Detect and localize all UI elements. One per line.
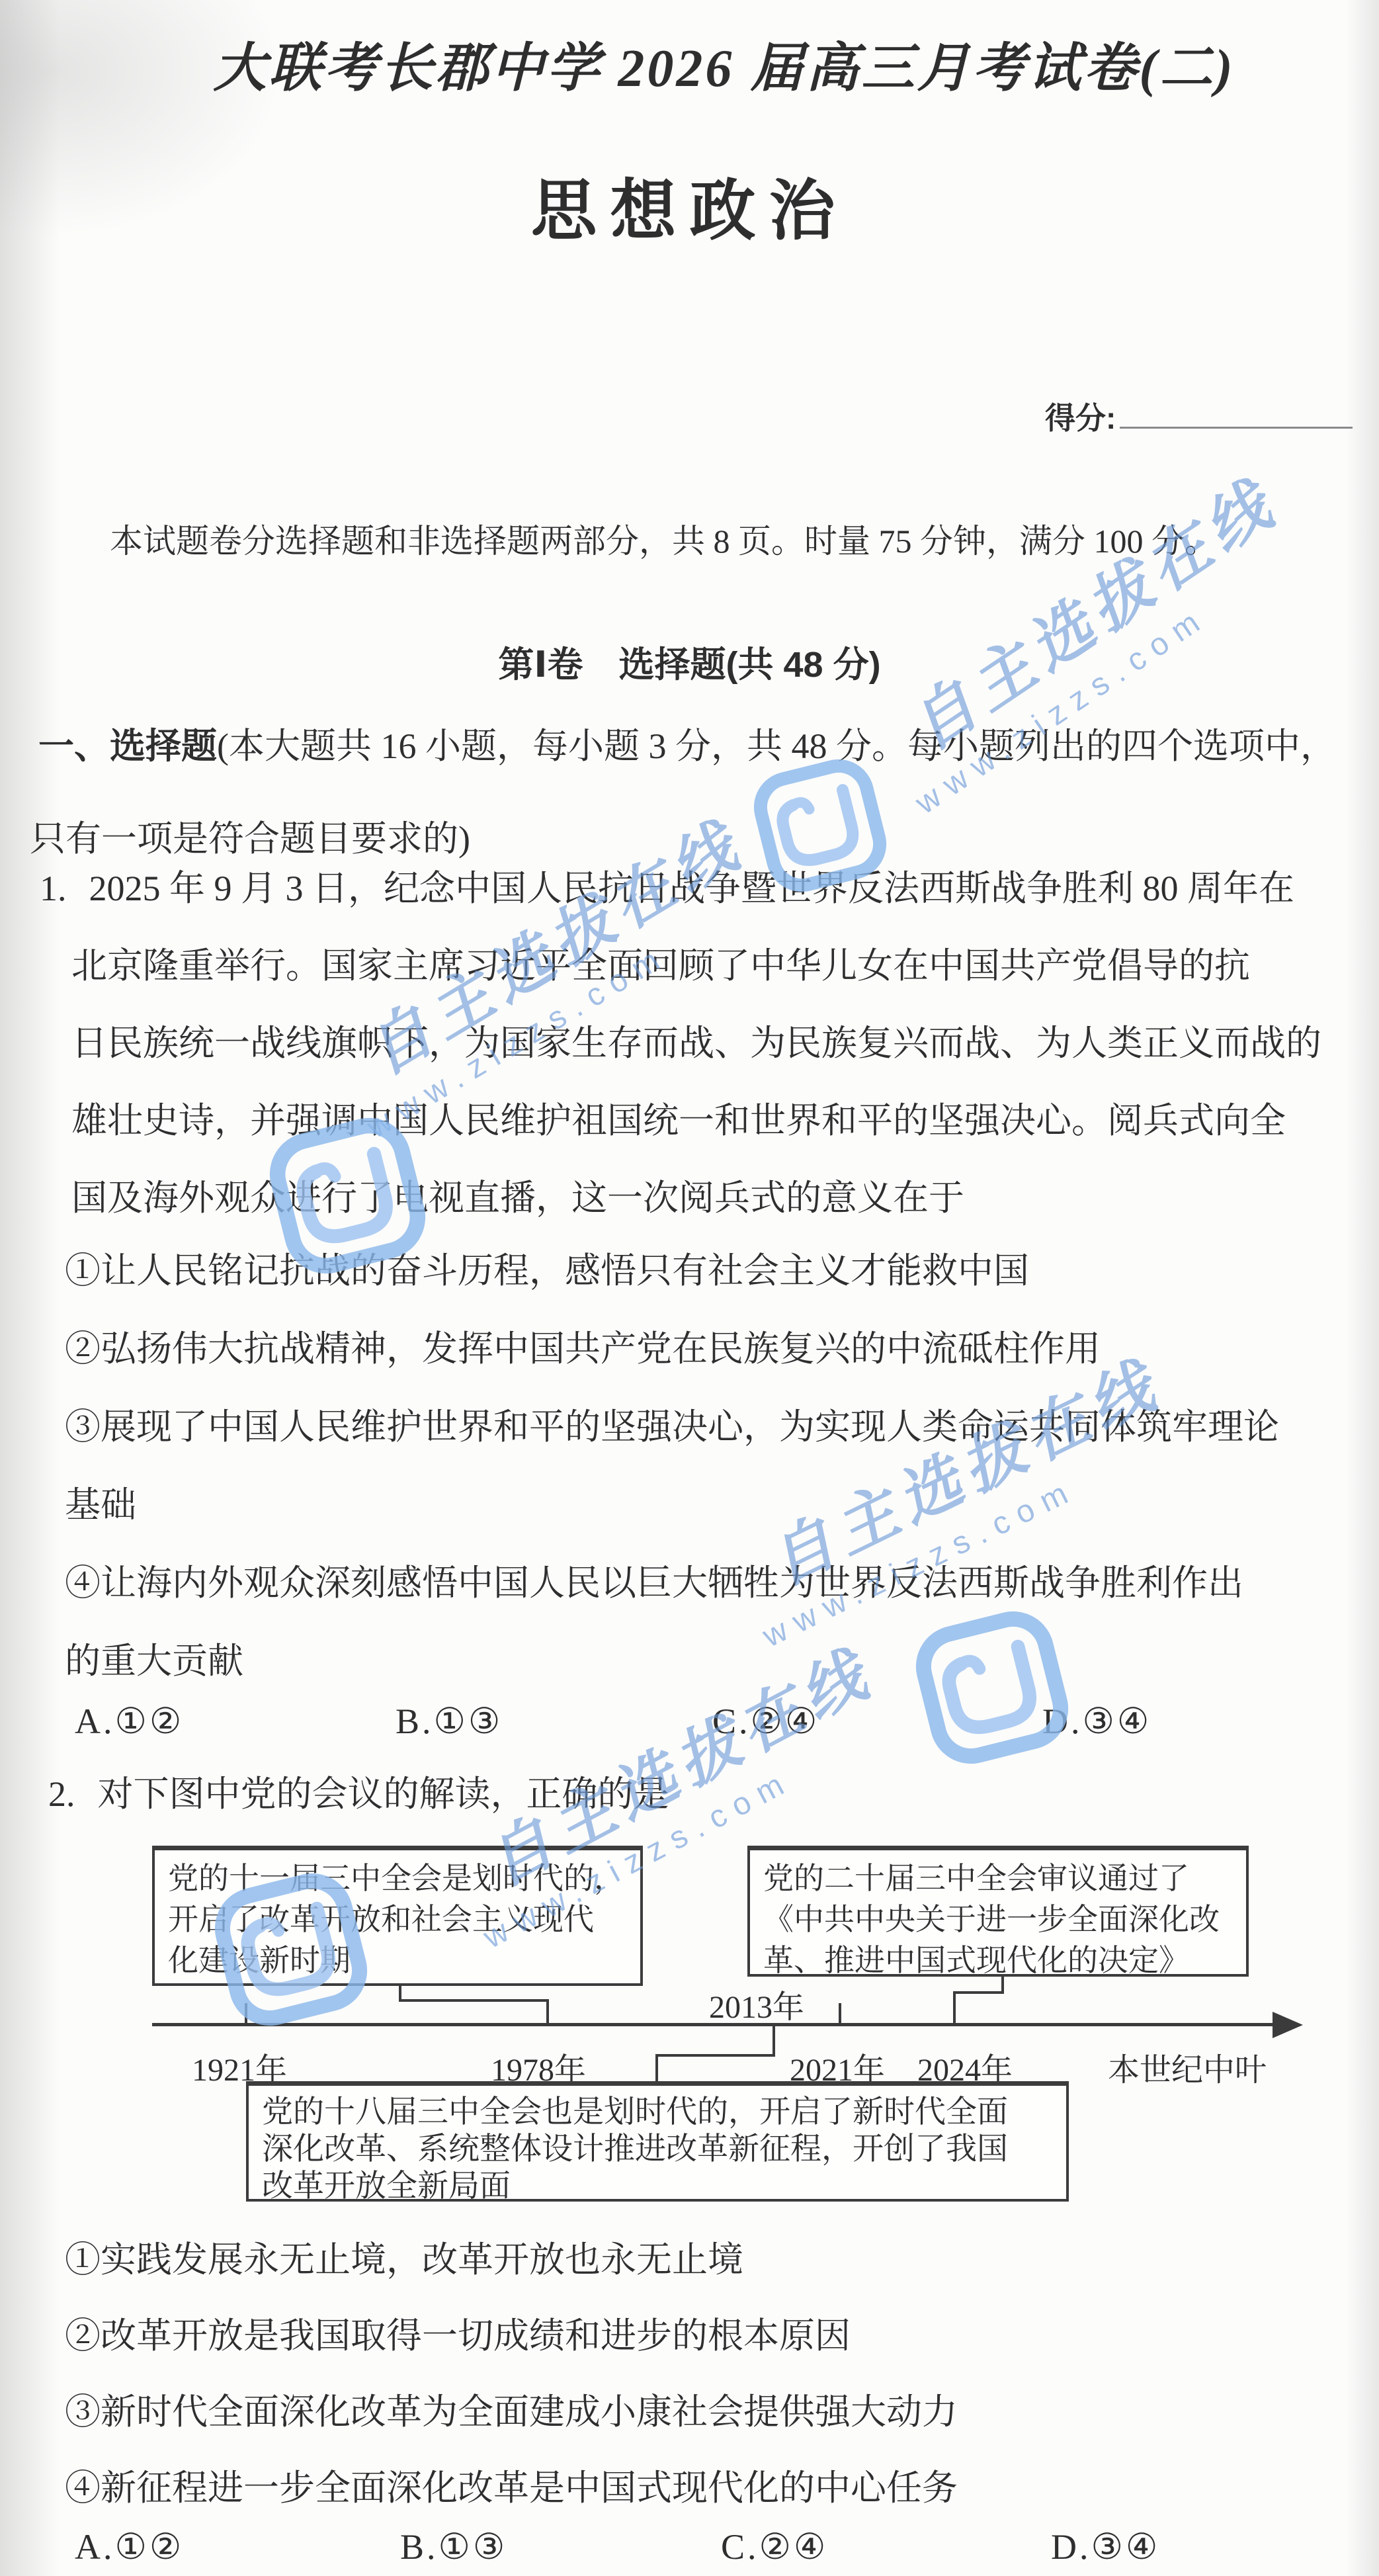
q1-statement-3: ③展现了中国人民维护世界和平的坚强决心，为实现人类命运共同体筑牢理论	[65, 1398, 1279, 1449]
tick-1921	[245, 2003, 247, 2023]
diagram-box-right-line-3: 革、推进中国式现代化的决定》	[763, 1940, 1233, 1981]
exam-title: 大联考长郡中学 2026 届高三月考试卷(二)	[188, 25, 1260, 101]
q1-options-row: A.①② B.①③ C.②④ D.③④	[0, 1700, 1379, 1748]
q1-number: 1.	[40, 868, 67, 909]
diagram-box-left-line-1: 党的十一届三中全会是划时代的，	[168, 1858, 627, 1899]
q1-line-5: 国及海外观众进行了电视直播，这一次阅兵式的意义在于	[71, 1170, 964, 1221]
diagram-box-left-line-2: 开启了改革开放和社会主义现代	[168, 1899, 627, 1940]
diagram-box-bottom-line-3: 改革开放全新局面	[262, 2168, 1053, 2205]
q2-option-d: D.③④	[1051, 2526, 1160, 2567]
q2-statement-3: ③新时代全面深化改革为全面建成小康社会提供强大动力	[65, 2383, 958, 2434]
diagram-box-left: 党的十一届三中全会是划时代的， 开启了改革开放和社会主义现代 化建设新时期	[152, 1846, 643, 1986]
connector-bottom-v1	[773, 2026, 775, 2057]
score-row: 得分:	[1045, 394, 1353, 438]
q2-option-b: B.①③	[400, 2526, 507, 2567]
diagram-box-bottom-line-2: 深化改革、系统整体设计推进改革新征程，开创了我国	[262, 2131, 1053, 2168]
section-1-heading: 第Ⅰ卷 选择题(共 48 分)	[0, 636, 1379, 687]
diagram-box-bottom: 党的十八届三中全会也是划时代的，开启了新时代全面 深化改革、系统整体设计推进改革…	[246, 2081, 1069, 2202]
q1-statement-4: ④让海内外观众深刻感悟中国人民以巨大牺牲为世界反法西斯战争胜利作出	[65, 1555, 1243, 1606]
diagram-box-right: 党的二十届三中全会审议通过了 《中共中央关于进一步全面深化改 革、推进中国式现代…	[747, 1846, 1249, 1977]
timeline-label-2013: 2013年	[709, 1981, 804, 2027]
q1-line-3: 日民族统一战线旗帜下，为国家生存而战、为民族复兴而战、为人类正义而战的	[71, 1015, 1321, 1066]
q1-statement-1: ①让人民铭记抗战的奋斗历程，感悟只有社会主义才能救中国	[65, 1242, 1029, 1293]
diagram-box-right-line-1: 党的二十届三中全会审议通过了	[763, 1858, 1233, 1899]
q1-statement-4-wrap: 的重大贡献	[65, 1633, 243, 1684]
q1-statement-3-wrap: 基础	[65, 1477, 136, 1527]
q1-line-1: 1.2025 年 9 月 3 日，纪念中国人民抗日战争暨世界反法西斯战争胜利 8…	[40, 860, 1294, 911]
q1-option-d: D.③④	[1042, 1700, 1151, 1742]
q2-options-row: A.①② B.①③ C.②④ D.③④	[0, 2526, 1379, 2573]
diagram-box-right-line-2: 《中共中央关于进一步全面深化改	[763, 1899, 1233, 1940]
exam-page: 大联考长郡中学 2026 届高三月考试卷(二) 思想政治 得分: 本试题卷分选择…	[0, 0, 1379, 2576]
score-label: 得分:	[1045, 401, 1116, 435]
q1-option-c: C.②④	[712, 1700, 819, 1742]
timeline-label-midcentury: 本世纪中叶	[1108, 2044, 1267, 2090]
connector-right-h	[953, 1991, 1004, 1994]
part-1-intro-line-1: 一、选择题(本大题共 16 小题，每小题 3 分，共 48 分。每小题列出的四个…	[38, 718, 1336, 769]
q2-stem: 2.对下图中党的会议的解读，正确的是	[48, 1766, 669, 1817]
q1-line-1-text: 2025 年 9 月 3 日，纪念中国人民抗日战争暨世界反法西斯战争胜利 80 …	[89, 869, 1295, 908]
part-1-label: 一、选择题	[38, 726, 217, 766]
q1-option-b: B.①③	[396, 1700, 503, 1742]
connector-bottom-v2	[655, 2054, 658, 2081]
part-1-intro-line-2: 只有一项是符合题目要求的)	[30, 810, 470, 861]
part-1-intro-rest: (本大题共 16 小题，每小题 3 分，共 48 分。每小题列出的四个选项中，	[217, 726, 1336, 766]
score-blank-line	[1120, 398, 1353, 429]
q2-statement-2: ②改革开放是我国取得一切成绩和进步的根本原因	[65, 2307, 851, 2358]
diagram-box-left-line-3: 化建设新时期	[168, 1940, 627, 1981]
q2-option-c: C.②④	[721, 2526, 828, 2567]
exam-instructions: 本试题卷分选择题和非选择题两部分，共 8 页。时量 75 分钟，满分 100 分…	[110, 515, 1218, 562]
timeline-arrowhead	[1273, 2012, 1303, 2038]
q2-number: 2.	[48, 1774, 75, 1815]
q2-stem-text: 对下图中党的会议的解读，正确的是	[98, 1774, 669, 1814]
connector-left-v2	[546, 1999, 549, 2026]
tick-2021	[839, 2003, 841, 2023]
q2-option-a: A.①②	[75, 2526, 184, 2567]
connector-right-v2	[953, 1991, 956, 2026]
q1-statement-2: ②弘扬伟大抗战精神，发挥中国共产党在民族复兴的中流砥柱作用	[65, 1320, 1101, 1371]
subject-title: 思想政治	[0, 157, 1379, 253]
connector-left-h	[399, 1999, 549, 2002]
q2-statement-1: ①实践发展永无止境，改革开放也永无止境	[65, 2231, 743, 2282]
q2-timeline-diagram: 党的十一届三中全会是划时代的， 开启了改革开放和社会主义现代 化建设新时期 党的…	[152, 1846, 1303, 2213]
connector-bottom-h	[655, 2054, 775, 2057]
q2-statement-4: ④新征程进一步全面深化改革是中国式现代化的中心任务	[65, 2460, 958, 2511]
q1-option-a: A.①②	[75, 1700, 184, 1742]
diagram-box-bottom-line-1: 党的十八届三中全会也是划时代的，开启了新时代全面	[262, 2094, 1053, 2131]
q1-line-4: 雄壮史诗，并强调中国人民维护祖国统一和世界和平的坚强决心。阅兵式向全	[71, 1092, 1286, 1143]
q1-line-2: 北京隆重举行。国家主席习近平全面回顾了中华儿女在中国共产党倡导的抗	[71, 937, 1250, 988]
